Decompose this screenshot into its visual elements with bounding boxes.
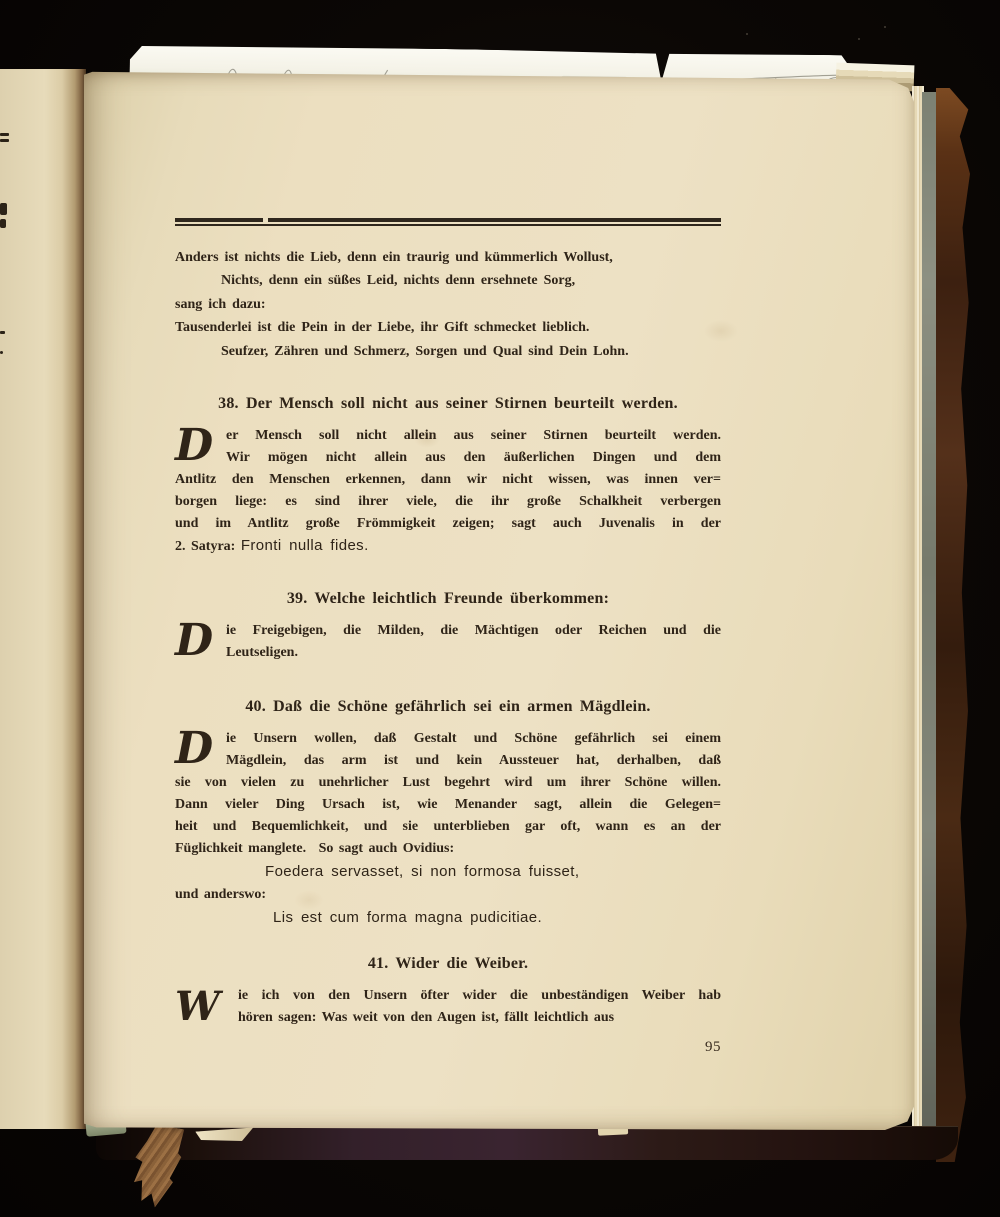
header-rule-thick: [175, 218, 721, 222]
text-line: und im Antlitz große Frömmigkeit zeigen;…: [175, 513, 721, 535]
section-paragraph-38: D er Mensch soll nicht allein aus seiner…: [175, 425, 721, 558]
poem-line: Nichts, denn ein süßes Leid, nichts denn…: [175, 269, 721, 292]
drop-cap: D: [175, 621, 221, 663]
poem-line: Anders ist nichts die Lieb, denn ein tra…: [175, 246, 721, 269]
drop-cap: D: [175, 426, 221, 468]
text-line: Leutseligen.: [175, 642, 721, 664]
text-line: ie Freigebigen, die Milden, die Mächtige…: [175, 620, 721, 642]
drop-cap: W: [175, 986, 233, 1028]
dust-speck: [884, 26, 886, 28]
latin-quote-line: Foedera servasset, si non formosa fuisse…: [175, 860, 721, 883]
section-heading-41: 41. Wider die Weiber.: [175, 953, 721, 974]
cutoff-print-mark: [0, 133, 9, 136]
quote-separator-line: und anderswo:: [175, 883, 721, 906]
section-heading-39: 39. Welche leichtlich Freunde überkommen…: [175, 588, 721, 609]
text-line: ie ich von den Unsern öfter wider die un…: [175, 985, 721, 1007]
text-line: ie Unsern wollen, daß Gestalt und Schöne…: [175, 728, 721, 750]
text-line: Füglichkeit manglete. So sagt auch Ovidi…: [175, 838, 721, 860]
cutoff-print-mark: [0, 203, 7, 215]
dust-speck: [858, 38, 860, 40]
left-page-edge: [0, 69, 86, 1129]
dust-speck: [746, 33, 748, 35]
section-paragraph-40: D ie Unsern wollen, daß Gestalt und Schö…: [175, 728, 721, 860]
cutoff-print-mark: [0, 331, 5, 334]
header-rule-thin: [175, 224, 721, 226]
leather-cover-right: [936, 88, 970, 1162]
header-rule: [175, 218, 721, 226]
text-line: borgen liege: es sind ihrer viele, die i…: [175, 491, 721, 513]
poem-line: Seufzer, Zähren und Schmerz, Sorgen und …: [175, 340, 721, 363]
text-line: Antlitz den Menschen erkennen, dann wir …: [175, 469, 721, 491]
text-line: er Mensch soll nicht allein aus seiner S…: [175, 425, 721, 447]
section-heading-40: 40. Daß die Schöne gefährlich sei ein ar…: [175, 696, 721, 717]
text-line: hören sagen: Was weit von den Augen ist,…: [175, 1007, 721, 1029]
poem-line: sang ich dazu:: [175, 293, 721, 316]
poem-line: Tausenderlei ist die Pein in der Liebe, …: [175, 316, 721, 339]
latin-quote-line: Lis est cum forma magna pudicitiae.: [175, 906, 721, 929]
text-line: 2. Satyra: Fronti nulla fides.: [175, 535, 721, 558]
fraktur-fragment: 2. Satyra:: [175, 539, 241, 554]
page-number: 95: [175, 1038, 721, 1056]
poem-block: Anders ist nichts die Lieb, denn ein tra…: [175, 246, 721, 363]
latin-quote-inline: Fronti nulla fides.: [241, 537, 369, 554]
printed-text-area: Anders ist nichts die Lieb, denn ein tra…: [175, 218, 721, 1056]
section-paragraph-41: W ie ich von den Unsern öfter wider die …: [175, 985, 721, 1029]
drop-cap: D: [175, 729, 221, 771]
section-heading-38: 38. Der Mensch soll nicht aus seiner Sti…: [175, 393, 721, 414]
header-rule-gap: [263, 218, 268, 222]
cutoff-print-mark: [0, 219, 6, 228]
text-line: Dann vieler Ding Ursach ist, wie Menande…: [175, 794, 721, 816]
text-line: Mägdlein, das arm ist und kein Aussteuer…: [175, 750, 721, 772]
text-line: Wir mögen nicht allein aus den äußerlich…: [175, 447, 721, 469]
book-page: Anders ist nichts die Lieb, denn ein tra…: [84, 70, 914, 1130]
cutoff-print-mark: [0, 351, 3, 354]
book-photo: Anders ist nichts die Lieb, denn ein tra…: [0, 0, 1000, 1217]
text-line: heit und Bequemlichkeit, und sie unterbl…: [175, 816, 721, 838]
text-line: sie von vielen zu unehrlicher Lust begeh…: [175, 772, 721, 794]
section-paragraph-39: D ie Freigebigen, die Milden, die Mächti…: [175, 620, 721, 664]
